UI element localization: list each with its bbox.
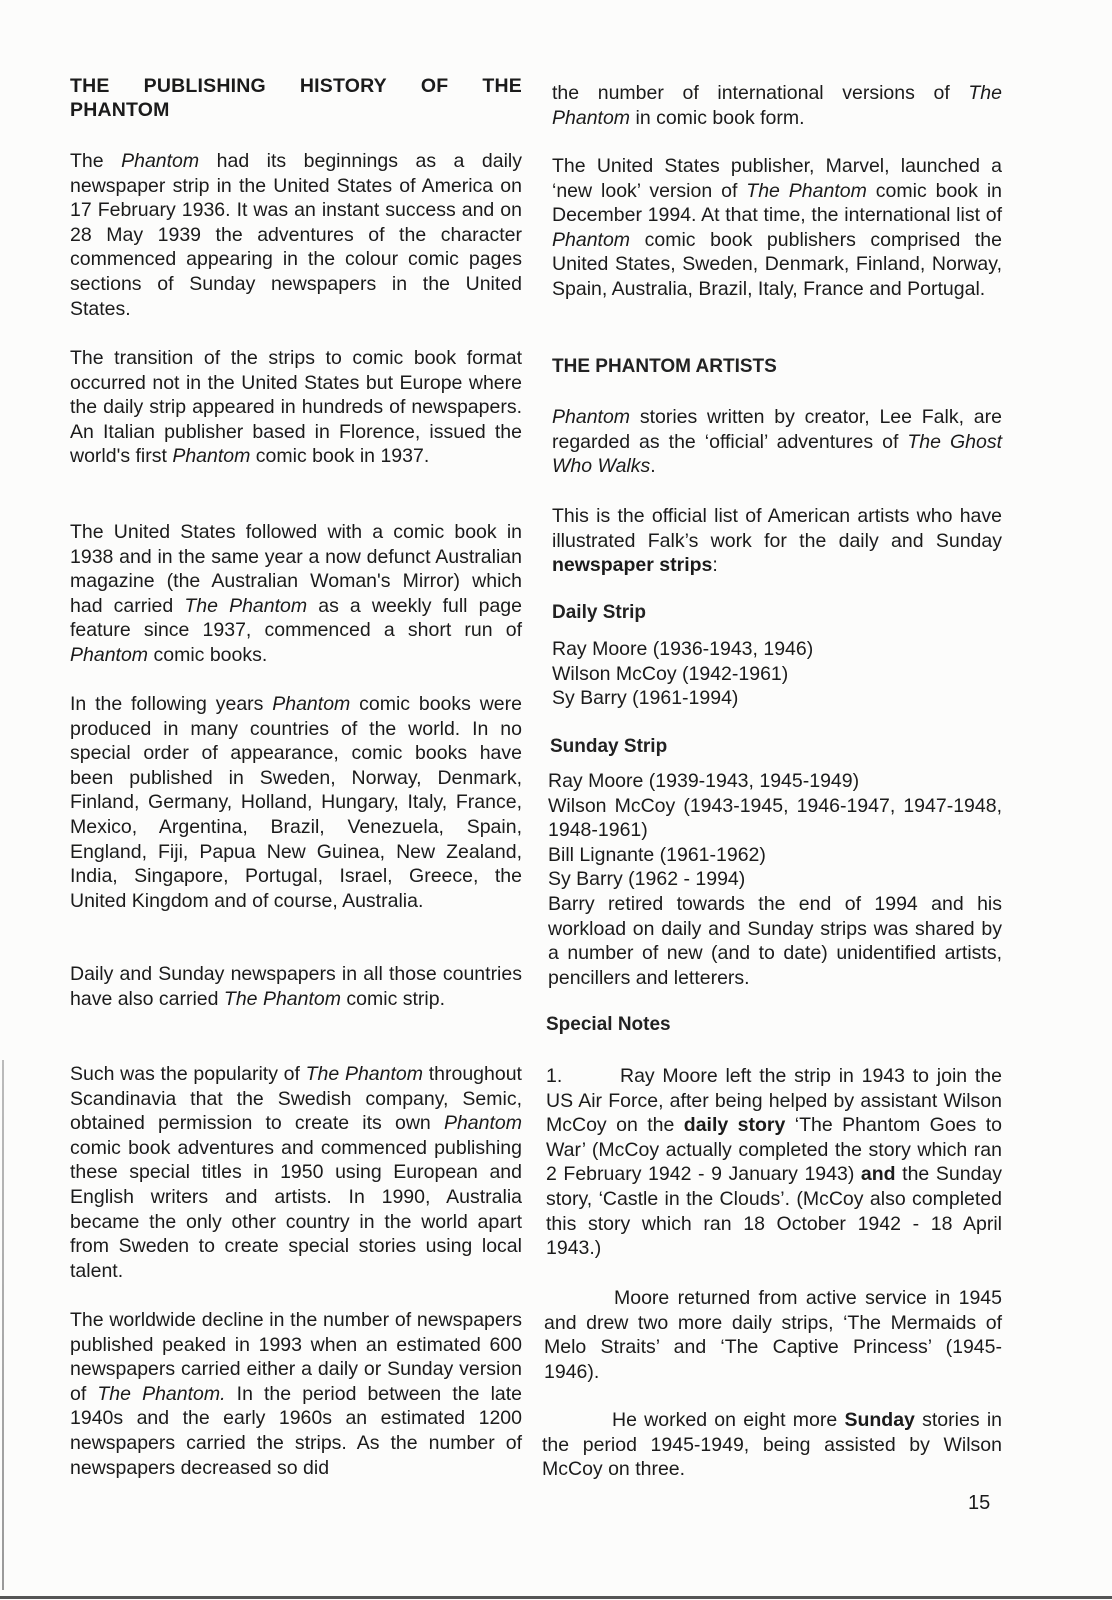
page-number: 15 <box>968 1492 990 1515</box>
title-line-2: PHANTOM <box>70 98 522 122</box>
paragraph-official-list: This is the official list of American ar… <box>552 504 1002 578</box>
subheading-daily-strip: Daily Strip <box>552 601 1002 625</box>
paragraph-official-adventures: Phantom stories written by creator, Lee … <box>552 405 1002 479</box>
list-item: Sy Barry (1961-1994) <box>552 686 1002 711</box>
title-word: THE <box>482 74 522 98</box>
list-item: Bill Lignante (1961-1962) <box>548 843 1002 868</box>
list-item: Ray Moore (1939-1943, 1945-1949) <box>548 769 1002 794</box>
paragraph-transition: The transition of the strips to comic bo… <box>70 346 522 469</box>
subheading-special-notes: Special Notes <box>546 1013 1002 1037</box>
title-word: THE <box>70 74 110 98</box>
paragraph-decline: The worldwide decline in the number of n… <box>70 1308 522 1480</box>
list-item: Ray Moore (1936-1943, 1946) <box>552 637 1002 662</box>
paragraph-countries: In the following years Phantom comic boo… <box>70 692 522 913</box>
paragraph-marvel: The United States publisher, Marvel, lau… <box>552 154 1002 302</box>
list-item: Sy Barry (1962 - 1994) <box>548 867 1002 892</box>
special-note-3: He worked on eight more Sunday stories i… <box>542 1408 1002 1482</box>
title-word: PUBLISHING <box>144 74 266 98</box>
paragraph-beginnings: The Phantom had its beginnings as a dail… <box>70 149 522 321</box>
paragraph-scandinavia: Such was the popularity of The Phantom t… <box>70 1062 522 1283</box>
paragraph-continued: the number of international versions of … <box>552 81 1002 130</box>
scanned-page: THE PUBLISHING HISTORY OF THE PHANTOM Th… <box>0 0 1112 1600</box>
page-edge-bottom <box>0 1596 1112 1599</box>
special-note-1: 1.Ray Moore left the strip in 1943 to jo… <box>546 1064 1002 1261</box>
subheading-sunday-strip: Sunday Strip <box>550 735 1002 759</box>
page-edge-left <box>2 1060 4 1590</box>
sunday-strip-note: Barry retired towards the end of 1994 an… <box>548 892 1002 990</box>
sunday-strip-list: Ray Moore (1939-1943, 1945-1949) Wilson … <box>548 769 1002 990</box>
section-heading-artists: THE PHANTOM ARTISTS <box>552 355 1002 379</box>
paragraph-newspapers: Daily and Sunday newspapers in all those… <box>70 962 522 1011</box>
article-title: THE PUBLISHING HISTORY OF THE PHANTOM <box>70 74 522 122</box>
paragraph-us-followed: The United States followed with a comic … <box>70 520 522 668</box>
list-item: Wilson McCoy (1943-1945, 1946-1947, 1947… <box>548 794 1002 843</box>
list-item: Wilson McCoy (1942-1961) <box>552 662 1002 687</box>
special-note-2: Moore returned from active service in 19… <box>544 1286 1002 1384</box>
daily-strip-list: Ray Moore (1936-1943, 1946) Wilson McCoy… <box>552 637 1002 711</box>
title-word: OF <box>421 74 448 98</box>
title-word: HISTORY <box>300 74 387 98</box>
